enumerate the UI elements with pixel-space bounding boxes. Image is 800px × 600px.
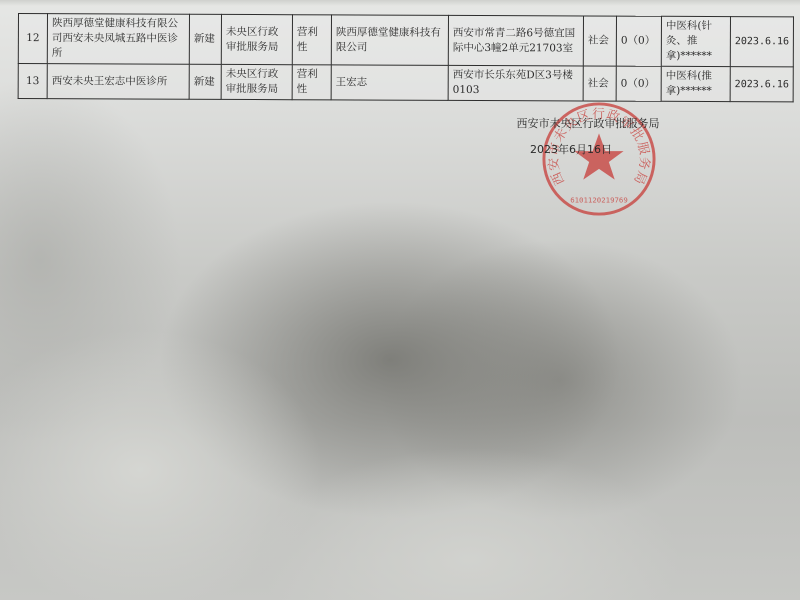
- business-nature: 营利性: [292, 65, 331, 100]
- operator: 陕西厚德堂健康科技有限公司: [331, 15, 448, 66]
- approval-table: 12 陕西厚德堂健康科技有限公司西安未央凤城五路中医诊所 新建 未央区行政审批服…: [18, 13, 795, 102]
- clinical-subjects: 中医科(针灸、推拿)******: [661, 16, 730, 66]
- clinical-subjects: 中医科(推拿)******: [661, 66, 730, 101]
- table-row: 12 陕西厚德堂健康科技有限公司西安未央凤城五路中医诊所 新建 未央区行政审批服…: [18, 14, 793, 67]
- approval-type: 新建: [189, 14, 221, 64]
- funding-source: 社会: [583, 66, 616, 101]
- address: 西安市长乐东苑D区3号楼0103: [448, 65, 583, 101]
- approval-authority: 未央区行政审批服务局: [221, 14, 292, 64]
- issue-date: 2023年6月16日: [530, 141, 612, 157]
- row-number: 13: [18, 64, 47, 99]
- issuing-organization: 西安市未央区行政审批服务局: [508, 115, 668, 131]
- address: 西安市常青二路6号德宜国际中心3幢2单元21703室: [448, 15, 583, 66]
- paper-edge: [0, 0, 800, 6]
- bed-count: 0（0）: [616, 16, 661, 66]
- seal-serial: 6101120219769: [570, 195, 628, 204]
- institution-name: 陕西厚德堂健康科技有限公司西安未央凤城五路中医诊所: [47, 14, 189, 65]
- business-nature: 营利性: [292, 15, 331, 65]
- funding-source: 社会: [583, 16, 616, 66]
- bed-count: 0（0）: [616, 66, 661, 101]
- approval-type: 新建: [189, 64, 221, 99]
- approval-date: 2023.6.16: [730, 17, 793, 67]
- approval-authority: 未央区行政审批服务局: [221, 64, 292, 99]
- institution-name: 西安未央王宏志中医诊所: [47, 64, 189, 100]
- operator: 王宏志: [331, 65, 448, 101]
- approval-date: 2023.6.16: [730, 67, 793, 102]
- row-number: 12: [18, 14, 47, 64]
- table-row: 13 西安未央王宏志中医诊所 新建 未央区行政审批服务局 营利性 王宏志 西安市…: [18, 64, 793, 102]
